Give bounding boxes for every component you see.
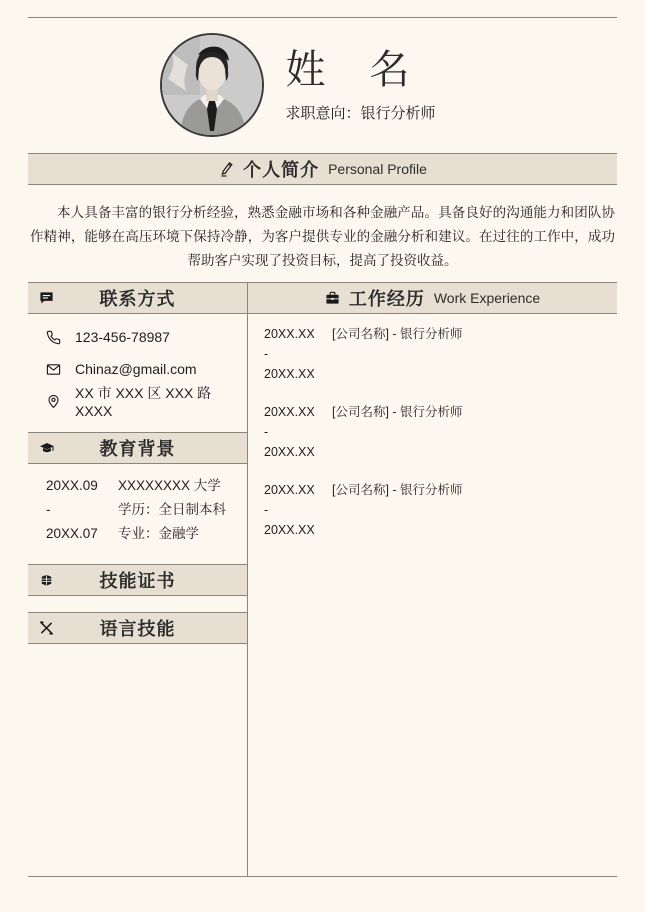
certificates-title: 技能证书 (100, 567, 176, 593)
briefcase-icon (325, 291, 340, 306)
job-date-end: 20XX.XX (264, 442, 322, 462)
job-dates: 20XX.XX - 20XX.XX (264, 324, 322, 384)
job-entry: 20XX.XX - 20XX.XX [公司名称] - 银行分析师 (264, 402, 617, 462)
job-entry: 20XX.XX - 20XX.XX [公司名称] - 银行分析师 (264, 480, 617, 540)
contact-section-header: 联系方式 (28, 282, 247, 314)
education-date-start: 20XX.09 (46, 474, 104, 498)
languages-title: 语言技能 (100, 615, 176, 641)
job-date-start: 20XX.XX (264, 480, 322, 500)
job-dates: 20XX.XX - 20XX.XX (264, 480, 322, 540)
contact-email: Chinaz@gmail.com (75, 361, 197, 377)
experience-section-header: 工作经历 Work Experience (248, 282, 617, 314)
education-date-separator: - (46, 498, 104, 522)
job-date-separator: - (264, 422, 322, 442)
profile-section-header: 个人简介 Personal Profile (28, 153, 617, 185)
job-title: [公司名称] - 银行分析师 (332, 324, 617, 344)
job-intention: 求职意向：银行分析师 (286, 102, 486, 123)
phone-icon (46, 330, 61, 345)
education-entry: 20XX.09 - 20XX.07 XXXXXXXX 大学 学历：全日制本科 专… (28, 464, 247, 546)
profile-photo (160, 33, 264, 137)
job-entry: 20XX.XX - 20XX.XX [公司名称] - 银行分析师 (264, 324, 617, 384)
languages-list (28, 644, 247, 652)
education-title: 教育背景 (100, 435, 176, 461)
resume-page: 姓 名 求职意向：银行分析师 个人简介 Personal Profile 本人具… (0, 0, 645, 912)
job-body: [公司名称] - 银行分析师 (332, 480, 617, 540)
experience-title-en: Work Experience (434, 290, 540, 306)
top-divider (28, 17, 617, 18)
languages-section-header: 语言技能 (28, 612, 247, 644)
contact-phone-row: 123-456-78987 (46, 328, 247, 346)
books-icon (39, 573, 54, 588)
contact-title: 联系方式 (100, 285, 176, 311)
envelope-icon (46, 362, 61, 377)
tools-icon (39, 621, 54, 636)
job-title: [公司名称] - 银行分析师 (332, 480, 617, 500)
header: 姓 名 求职意向：银行分析师 (28, 0, 617, 137)
experience-title-zh: 工作经历 (349, 285, 425, 311)
portrait-illustration (162, 35, 262, 135)
graduation-cap-icon (39, 440, 55, 456)
education-degree: 学历：全日制本科 (118, 498, 226, 522)
job-list: 20XX.XX - 20XX.XX [公司名称] - 银行分析师 20XX.XX… (248, 314, 617, 540)
contact-email-row: Chinaz@gmail.com (46, 360, 247, 378)
education-details: XXXXXXXX 大学 学历：全日制本科 专业：金融学 (118, 474, 226, 546)
education-section-header: 教育背景 (28, 432, 247, 464)
job-body: [公司名称] - 银行分析师 (332, 324, 617, 384)
job-date-separator: - (264, 500, 322, 520)
name-block: 姓 名 求职意向：银行分析师 (286, 48, 486, 123)
job-date-separator: - (264, 344, 322, 364)
pencil-icon (218, 161, 234, 177)
contact-address-row: XX 市 XXX 区 XXX 路 XXXX (46, 392, 247, 410)
profile-title-zh: 个人简介 (243, 156, 319, 182)
right-column: 工作经历 Work Experience 20XX.XX - 20XX.XX [… (248, 282, 617, 876)
contact-address: XX 市 XXX 区 XXX 路 XXXX (75, 383, 247, 419)
certificates-list (28, 596, 247, 604)
job-date-end: 20XX.XX (264, 364, 322, 384)
job-date-end: 20XX.XX (264, 520, 322, 540)
job-date-start: 20XX.XX (264, 324, 322, 344)
profile-summary: 本人具备丰富的银行分析经验，熟悉金融市场和各种金融产品。具备良好的沟通能力和团队… (30, 201, 615, 273)
location-pin-icon (46, 394, 61, 409)
contact-list: 123-456-78987 Chinaz@gmail.com (28, 314, 247, 410)
profile-title-en: Personal Profile (328, 161, 427, 177)
job-date-start: 20XX.XX (264, 402, 322, 422)
two-column-body: 联系方式 123-456-78987 (28, 282, 617, 877)
job-body: [公司名称] - 银行分析师 (332, 402, 617, 462)
education-major: 专业：金融学 (118, 522, 226, 546)
contact-phone: 123-456-78987 (75, 329, 170, 345)
chat-icon (39, 291, 54, 306)
education-school: XXXXXXXX 大学 (118, 474, 226, 498)
job-dates: 20XX.XX - 20XX.XX (264, 402, 322, 462)
education-dates: 20XX.09 - 20XX.07 (46, 474, 104, 546)
education-date-end: 20XX.07 (46, 522, 104, 546)
candidate-name: 姓 名 (286, 48, 486, 92)
job-title: [公司名称] - 银行分析师 (332, 402, 617, 422)
left-column: 联系方式 123-456-78987 (28, 282, 248, 876)
certificates-section-header: 技能证书 (28, 564, 247, 596)
